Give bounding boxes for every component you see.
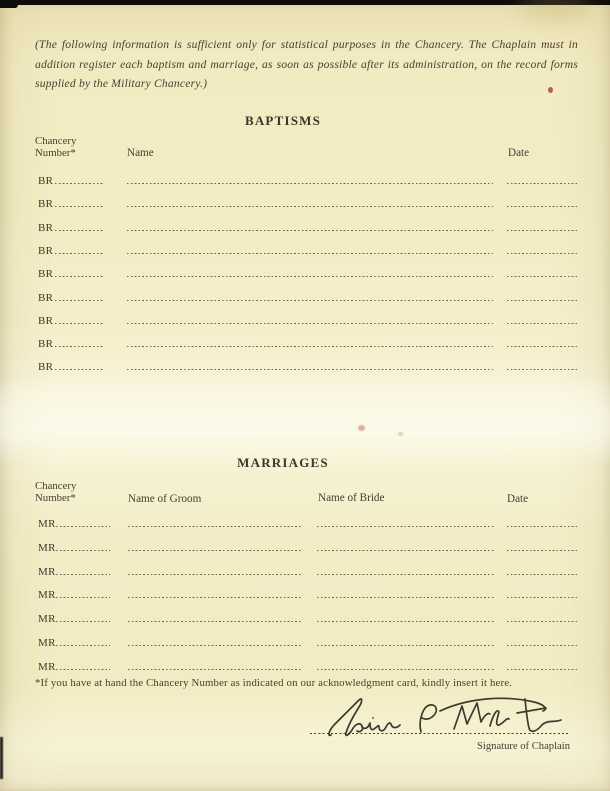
row-prefix: BR xyxy=(38,316,53,327)
date-field xyxy=(507,275,578,277)
date-field xyxy=(507,368,578,370)
baptism-row: BR xyxy=(0,332,610,347)
groom-name-field xyxy=(128,596,303,598)
bride-name-field xyxy=(317,620,495,622)
chaplain-signature xyxy=(328,693,570,741)
date-field xyxy=(507,668,578,670)
baptism-row: BR xyxy=(0,192,610,207)
row-prefix: MR xyxy=(38,567,56,578)
marriage-row: MR xyxy=(0,560,610,575)
chancery-number-field xyxy=(55,368,104,370)
marriage-row: MR xyxy=(0,512,610,527)
date-field xyxy=(507,596,578,598)
chancery-number-field xyxy=(55,252,104,254)
baptism-row: BR xyxy=(0,262,610,277)
chancery-header-line2: Number* xyxy=(35,493,76,505)
chancery-number-field xyxy=(56,644,110,646)
baptism-row: BR xyxy=(0,239,610,254)
row-prefix: BR xyxy=(38,246,53,257)
date-field xyxy=(507,345,578,347)
scanned-form-page: (The following information is sufficient… xyxy=(0,0,610,791)
marriages-groom-header: Name of Groom xyxy=(128,493,201,505)
marriages-title: MARRIAGES xyxy=(0,455,566,471)
scan-edge-top-left xyxy=(0,0,18,8)
date-field xyxy=(507,299,578,301)
chancery-header-line2: Number* xyxy=(35,148,76,160)
chancery-number-field xyxy=(56,525,110,527)
date-field xyxy=(507,252,578,254)
marriage-row: MR xyxy=(0,655,610,670)
baptism-row: BR xyxy=(0,216,610,231)
chancery-number-field xyxy=(56,668,110,670)
name-field xyxy=(127,322,493,324)
marriages-bride-header: Name of Bride xyxy=(318,492,384,504)
row-prefix: MR xyxy=(38,590,56,601)
chancery-number-field xyxy=(55,205,104,207)
marriages-chancery-number-header: Chancery Number* xyxy=(35,481,76,504)
chancery-header-line1: Chancery xyxy=(35,136,76,148)
signature-caption: Signature of Chaplain xyxy=(420,741,570,752)
row-prefix: BR xyxy=(38,269,53,280)
groom-name-field xyxy=(128,644,303,646)
name-field xyxy=(127,205,493,207)
row-prefix: BR xyxy=(38,339,53,350)
chancery-number-field xyxy=(55,229,104,231)
bride-name-field xyxy=(317,668,495,670)
row-prefix: BR xyxy=(38,293,53,304)
name-field xyxy=(127,368,493,370)
chancery-number-field xyxy=(56,620,110,622)
date-field xyxy=(507,573,578,575)
baptisms-name-header: Name xyxy=(127,147,154,159)
name-field xyxy=(127,275,493,277)
marriages-date-header: Date xyxy=(507,493,528,505)
groom-name-field xyxy=(128,668,303,670)
date-field xyxy=(507,322,578,324)
bride-name-field xyxy=(317,549,495,551)
date-field xyxy=(507,205,578,207)
date-field xyxy=(507,229,578,231)
row-prefix: MR xyxy=(38,638,56,649)
chancery-number-footnote: *If you have at hand the Chancery Number… xyxy=(35,677,580,689)
baptism-row: BR xyxy=(0,309,610,324)
bride-name-field xyxy=(317,644,495,646)
row-prefix: MR xyxy=(38,519,56,530)
baptisms-date-header: Date xyxy=(508,147,529,159)
date-field xyxy=(507,182,578,184)
chancery-number-field xyxy=(56,596,110,598)
row-prefix: BR xyxy=(38,176,53,187)
stain-faint-speck xyxy=(398,432,403,436)
chancery-number-field xyxy=(56,573,110,575)
groom-name-field xyxy=(128,573,303,575)
row-prefix: BR xyxy=(38,199,53,210)
date-field xyxy=(507,644,578,646)
scan-edge-left xyxy=(0,737,3,779)
scan-edge-top xyxy=(0,0,610,5)
chancery-header-line1: Chancery xyxy=(35,481,76,493)
groom-name-field xyxy=(128,620,303,622)
name-field xyxy=(127,252,493,254)
baptism-row: BR xyxy=(0,355,610,370)
chancery-number-field xyxy=(55,275,104,277)
marriage-row: MR xyxy=(0,536,610,551)
chancery-number-field xyxy=(56,549,110,551)
row-prefix: BR xyxy=(38,362,53,373)
stain-pink-speck xyxy=(358,425,365,431)
intro-note: (The following information is sufficient… xyxy=(35,35,578,94)
date-field xyxy=(507,549,578,551)
chancery-number-field xyxy=(55,345,104,347)
baptisms-chancery-number-header: Chancery Number* xyxy=(35,136,76,159)
name-field xyxy=(127,229,493,231)
chancery-number-field xyxy=(55,299,104,301)
date-field xyxy=(507,525,578,527)
marriage-row: MR xyxy=(0,631,610,646)
bride-name-field xyxy=(317,596,495,598)
row-prefix: BR xyxy=(38,223,53,234)
row-prefix: MR xyxy=(38,662,56,673)
baptism-row: BR xyxy=(0,169,610,184)
marriage-row: MR xyxy=(0,607,610,622)
marriage-row: MR xyxy=(0,583,610,598)
chancery-number-field xyxy=(55,182,104,184)
name-field xyxy=(127,345,493,347)
date-field xyxy=(507,620,578,622)
chancery-number-field xyxy=(55,322,104,324)
baptisms-title: BAPTISMS xyxy=(0,113,566,129)
bride-name-field xyxy=(317,573,495,575)
row-prefix: MR xyxy=(38,543,56,554)
name-field xyxy=(127,299,493,301)
name-field xyxy=(127,182,493,184)
groom-name-field xyxy=(128,525,303,527)
baptism-row: BR xyxy=(0,286,610,301)
groom-name-field xyxy=(128,549,303,551)
bride-name-field xyxy=(317,525,495,527)
row-prefix: MR xyxy=(38,614,56,625)
